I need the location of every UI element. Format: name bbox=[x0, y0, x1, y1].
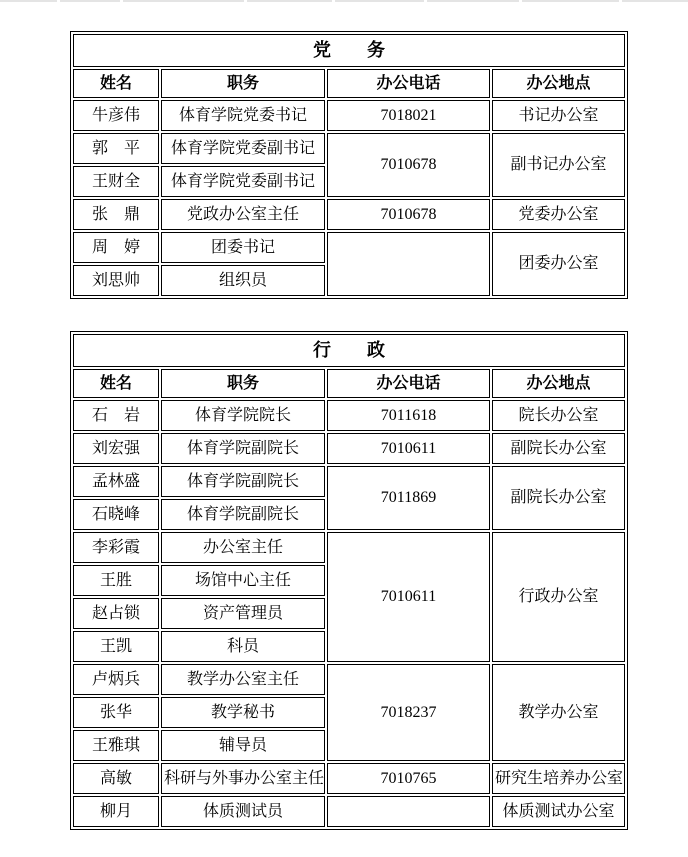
position-cell: 党政办公室主任 bbox=[161, 199, 325, 230]
location-cell: 副书记办公室 bbox=[492, 133, 625, 197]
name-cell: 柳月 bbox=[73, 796, 159, 827]
administration-table: 行 政 姓名 职务 办公电话 办公地点 石 岩 体育学院院长 7011618 院… bbox=[70, 331, 628, 830]
phone-cell: 7018237 bbox=[327, 664, 490, 761]
table-row: 高敏 科研与外事办公室主任 7010765 研究生培养办公室 bbox=[73, 763, 625, 794]
column-header-position: 职务 bbox=[161, 69, 325, 98]
position-cell: 辅导员 bbox=[161, 730, 325, 761]
position-cell: 科员 bbox=[161, 631, 325, 662]
name-cell: 赵占锁 bbox=[73, 598, 159, 629]
phone-cell: 7010765 bbox=[327, 763, 490, 794]
edge-segment bbox=[522, 0, 619, 2]
edge-segment bbox=[427, 0, 519, 2]
column-header-name: 姓名 bbox=[73, 69, 159, 98]
page: 党 务 姓名 职务 办公电话 办公地点 牛彦伟 体育学院党委书记 7018021… bbox=[0, 0, 688, 857]
position-cell: 体育学院党委书记 bbox=[161, 100, 325, 131]
location-cell: 团委办公室 bbox=[492, 232, 625, 296]
position-cell: 体育学院副院长 bbox=[161, 433, 325, 464]
position-cell: 科研与外事办公室主任 bbox=[161, 763, 325, 794]
name-cell: 高敏 bbox=[73, 763, 159, 794]
table-row: 刘宏强 体育学院副院长 7010611 副院长办公室 bbox=[73, 433, 625, 464]
edge-segment bbox=[0, 0, 57, 2]
position-cell: 组织员 bbox=[161, 265, 325, 296]
table-row: 孟林盛 体育学院副院长 7011869 副院长办公室 bbox=[73, 466, 625, 497]
table-row: 李彩霞 办公室主任 7010611 行政办公室 bbox=[73, 532, 625, 563]
table-row: 石 岩 体育学院院长 7011618 院长办公室 bbox=[73, 400, 625, 431]
phone-cell-empty bbox=[327, 796, 490, 827]
table-row: 卢炳兵 教学办公室主任 7018237 教学办公室 bbox=[73, 664, 625, 695]
edge-segment bbox=[247, 0, 332, 2]
name-cell: 王凯 bbox=[73, 631, 159, 662]
edge-segment bbox=[123, 0, 244, 2]
position-cell: 资产管理员 bbox=[161, 598, 325, 629]
column-header-position: 职务 bbox=[161, 369, 325, 398]
position-cell: 体质测试员 bbox=[161, 796, 325, 827]
location-cell: 副院长办公室 bbox=[492, 433, 625, 464]
location-cell: 研究生培养办公室 bbox=[492, 763, 625, 794]
position-cell: 团委书记 bbox=[161, 232, 325, 263]
phone-cell: 7011618 bbox=[327, 400, 490, 431]
position-cell: 办公室主任 bbox=[161, 532, 325, 563]
phone-cell: 7010611 bbox=[327, 532, 490, 662]
location-cell: 行政办公室 bbox=[492, 532, 625, 662]
name-cell: 刘宏强 bbox=[73, 433, 159, 464]
table-row: 柳月 体质测试员 体质测试办公室 bbox=[73, 796, 625, 827]
party-affairs-table: 党 务 姓名 职务 办公电话 办公地点 牛彦伟 体育学院党委书记 7018021… bbox=[70, 31, 628, 299]
phone-cell-empty bbox=[327, 232, 490, 296]
name-cell: 周 婷 bbox=[73, 232, 159, 263]
position-cell: 体育学院党委副书记 bbox=[161, 166, 325, 197]
position-cell: 体育学院副院长 bbox=[161, 466, 325, 497]
column-header-phone: 办公电话 bbox=[327, 69, 490, 98]
position-cell: 体育学院院长 bbox=[161, 400, 325, 431]
table-row: 周 婷 团委书记 团委办公室 bbox=[73, 232, 625, 263]
name-cell: 王财全 bbox=[73, 166, 159, 197]
position-cell: 体育学院副院长 bbox=[161, 499, 325, 530]
name-cell: 张华 bbox=[73, 697, 159, 728]
table-title-row: 行 政 bbox=[73, 334, 625, 367]
location-cell: 副院长办公室 bbox=[492, 466, 625, 530]
location-cell: 书记办公室 bbox=[492, 100, 625, 131]
column-header-location: 办公地点 bbox=[492, 69, 625, 98]
phone-cell: 7011869 bbox=[327, 466, 490, 530]
edge-segment bbox=[622, 0, 688, 2]
table-header-row: 姓名 职务 办公电话 办公地点 bbox=[73, 369, 625, 398]
table-title-party: 党 务 bbox=[73, 34, 625, 67]
location-cell: 体质测试办公室 bbox=[492, 796, 625, 827]
phone-cell: 7018021 bbox=[327, 100, 490, 131]
table-title-row: 党 务 bbox=[73, 34, 625, 67]
position-cell: 教学办公室主任 bbox=[161, 664, 325, 695]
name-cell: 卢炳兵 bbox=[73, 664, 159, 695]
table-row: 郭 平 体育学院党委副书记 7010678 副书记办公室 bbox=[73, 133, 625, 164]
name-cell: 王雅琪 bbox=[73, 730, 159, 761]
location-cell: 院长办公室 bbox=[492, 400, 625, 431]
name-cell: 石 岩 bbox=[73, 400, 159, 431]
phone-cell: 7010611 bbox=[327, 433, 490, 464]
position-cell: 场馆中心主任 bbox=[161, 565, 325, 596]
column-header-phone: 办公电话 bbox=[327, 369, 490, 398]
name-cell: 郭 平 bbox=[73, 133, 159, 164]
name-cell: 刘思帅 bbox=[73, 265, 159, 296]
position-cell: 体育学院党委副书记 bbox=[161, 133, 325, 164]
cropped-table-edge-artifact bbox=[0, 0, 688, 2]
name-cell: 张 鼎 bbox=[73, 199, 159, 230]
position-cell: 教学秘书 bbox=[161, 697, 325, 728]
location-cell: 党委办公室 bbox=[492, 199, 625, 230]
name-cell: 李彩霞 bbox=[73, 532, 159, 563]
table-row: 张 鼎 党政办公室主任 7010678 党委办公室 bbox=[73, 199, 625, 230]
name-cell: 牛彦伟 bbox=[73, 100, 159, 131]
edge-segment bbox=[60, 0, 120, 2]
table-title-admin: 行 政 bbox=[73, 334, 625, 367]
name-cell: 王胜 bbox=[73, 565, 159, 596]
name-cell: 石晓峰 bbox=[73, 499, 159, 530]
table-row: 牛彦伟 体育学院党委书记 7018021 书记办公室 bbox=[73, 100, 625, 131]
name-cell: 孟林盛 bbox=[73, 466, 159, 497]
phone-cell: 7010678 bbox=[327, 133, 490, 197]
phone-cell: 7010678 bbox=[327, 199, 490, 230]
column-header-location: 办公地点 bbox=[492, 369, 625, 398]
location-cell: 教学办公室 bbox=[492, 664, 625, 761]
table-header-row: 姓名 职务 办公电话 办公地点 bbox=[73, 69, 625, 98]
edge-segment bbox=[335, 0, 424, 2]
column-header-name: 姓名 bbox=[73, 369, 159, 398]
